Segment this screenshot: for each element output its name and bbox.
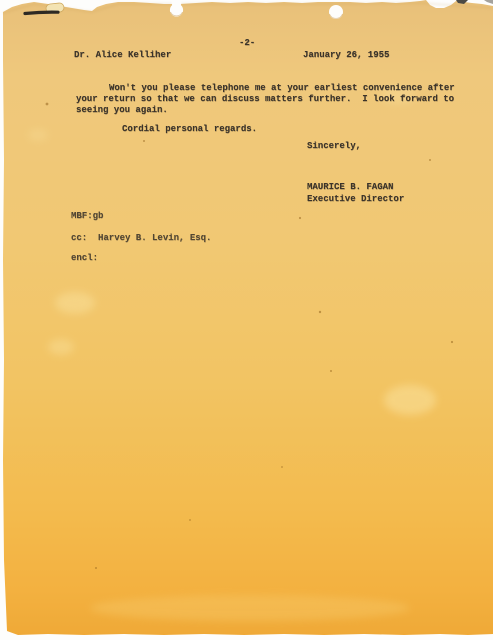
enclosure-line: encl: bbox=[71, 253, 98, 264]
body-line-1: Won't you please telephone me at your ea… bbox=[109, 83, 455, 94]
typist-initials: MBF:gb bbox=[71, 211, 103, 222]
scanned-letter-page: -2- Dr. Alice Kelliher January 26, 1955 … bbox=[0, 0, 493, 640]
typewritten-text-layer: -2- Dr. Alice Kelliher January 26, 1955 … bbox=[0, 0, 493, 640]
signature-name: MAURICE B. FAGAN bbox=[307, 182, 393, 193]
body-line-3: seeing you again. bbox=[76, 105, 168, 116]
valediction: Sincerely, bbox=[307, 141, 361, 152]
body-line-2: your return so that we can discuss matte… bbox=[76, 94, 454, 105]
signature-title: Executive Director bbox=[307, 194, 404, 205]
letter-date: January 26, 1955 bbox=[303, 50, 389, 61]
cc-line: cc: Harvey B. Levin, Esq. bbox=[71, 233, 211, 244]
recipient-name: Dr. Alice Kelliher bbox=[74, 50, 171, 61]
page-number: -2- bbox=[239, 38, 255, 49]
regards-line: Cordial personal regards. bbox=[122, 124, 257, 135]
